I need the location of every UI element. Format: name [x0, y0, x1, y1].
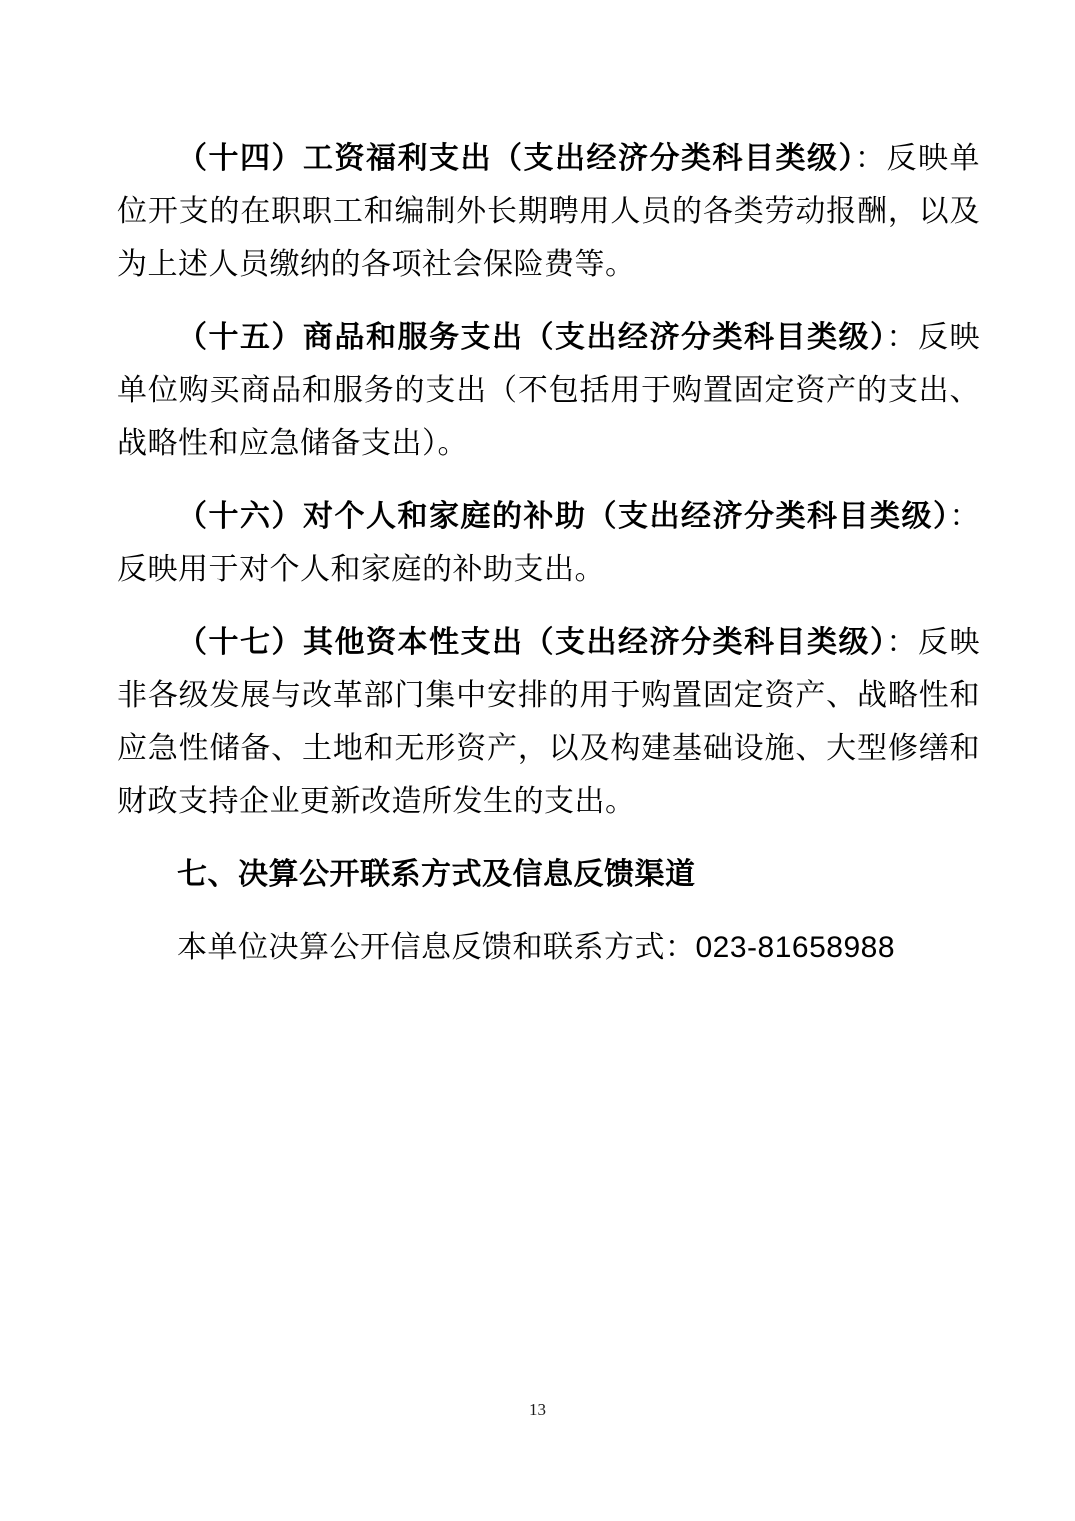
- paragraph-15-term: （十五）商品和服务支出（支出经济分类科目类级）: [177, 321, 887, 354]
- document-body: （十四）工资福利支出（支出经济分类科目类级）：反映单位开支的在职职工和编制外长期…: [117, 132, 980, 974]
- document-page: （十四）工资福利支出（支出经济分类科目类级）：反映单位开支的在职职工和编制外长期…: [0, 0, 1075, 1521]
- paragraph-item-15: （十五）商品和服务支出（支出经济分类科目类级）：反映单位购买商品和服务的支出（不…: [117, 311, 980, 470]
- paragraph-item-17: （十七）其他资本性支出（支出经济分类科目类级）：反映非各级发展与改革部门集中安排…: [117, 616, 980, 828]
- paragraph-17-term: （十七）其他资本性支出（支出经济分类科目类级）: [177, 626, 887, 659]
- paragraph-item-16: （十六）对个人和家庭的补助（支出经济分类科目类级）：反映用于对个人和家庭的补助支…: [117, 490, 980, 596]
- section-heading: 七、决算公开联系方式及信息反馈渠道: [117, 848, 980, 901]
- page-number: 13: [0, 1400, 1075, 1420]
- contact-line: 本单位决算公开信息反馈和联系方式：023-81658988: [117, 921, 980, 974]
- paragraph-16-term: （十六）对个人和家庭的补助（支出经济分类科目类级）: [177, 500, 950, 533]
- paragraph-14-term: （十四）工资福利支出（支出经济分类科目类级）: [177, 142, 855, 175]
- paragraph-item-14: （十四）工资福利支出（支出经济分类科目类级）：反映单位开支的在职职工和编制外长期…: [117, 132, 980, 291]
